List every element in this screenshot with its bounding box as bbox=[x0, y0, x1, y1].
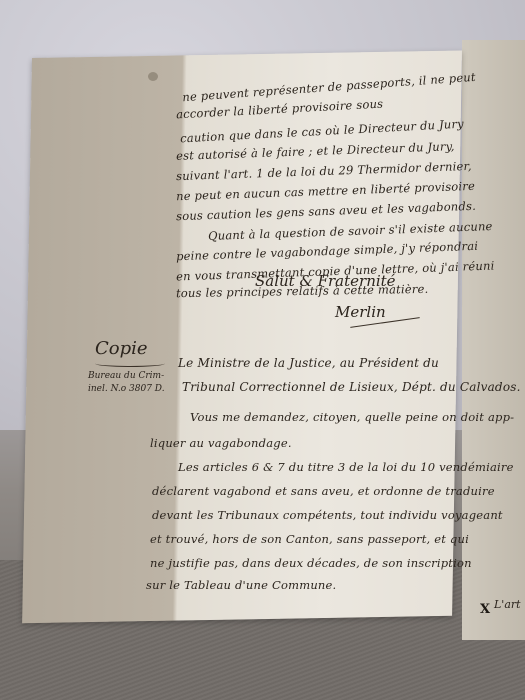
title-flourish bbox=[95, 360, 165, 367]
text-line: liquer au vagabondage. bbox=[150, 436, 292, 450]
text-line: ne justifie pas, dans deux décades, de s… bbox=[150, 556, 472, 570]
text-line: Vous me demandez, citoyen, quelle peine … bbox=[190, 410, 514, 424]
text-line: devant les Tribunaux compétents, tout in… bbox=[152, 508, 503, 522]
margin-note-line: Bureau du Crim- bbox=[88, 370, 165, 383]
margin-note-line: inel. N.o 3807 D. bbox=[88, 383, 165, 396]
text-line: déclarent vagabond et sans aveu, et ordo… bbox=[152, 484, 495, 498]
closing-salutation: Salut & Fraternité bbox=[255, 272, 396, 290]
margin-title: Copie bbox=[95, 338, 148, 359]
text-line: sur le Tableau d'une Commune. bbox=[146, 578, 336, 592]
paper-hole bbox=[148, 72, 158, 81]
text-line: et trouvé, hors de son Canton, sans pass… bbox=[150, 532, 469, 546]
signature: Merlin bbox=[335, 303, 386, 321]
adjacent-page-edge bbox=[462, 40, 525, 640]
continuation-text: L'art bbox=[494, 598, 521, 611]
letter-heading: Le Ministre de la Justice, au Président … bbox=[178, 356, 439, 370]
letter-heading: Tribunal Correctionnel de Lisieux, Dépt.… bbox=[182, 380, 521, 394]
cross-mark-icon: X bbox=[480, 602, 490, 617]
margin-note: Bureau du Crim- inel. N.o 3807 D. bbox=[88, 370, 165, 396]
text-line: Les articles 6 & 7 du titre 3 de la loi … bbox=[178, 460, 514, 474]
